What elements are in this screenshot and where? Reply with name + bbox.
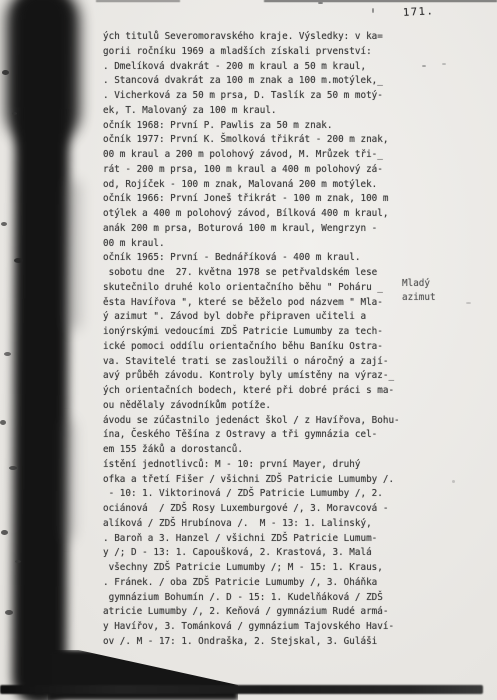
text-line: em 155 žáků a dorostanců. (103, 443, 443, 458)
text-line: . Vicherková za 50 m prsa, D. Taslík za … (103, 89, 443, 104)
text-line: od, Rojíček - 100 m znak, Malovaná 200 m… (103, 178, 443, 193)
scan-speck (12, 112, 17, 115)
text-line: 00 m kraul. (103, 237, 443, 252)
margin-note-line: azimut (402, 291, 436, 305)
text-line: anák 200 m prsa, Boturová 100 m kraul, W… (103, 222, 443, 237)
text-line: ociánová / ZDŠ Rosy Luxemburgové /, 3. M… (103, 502, 443, 517)
text-line: ých titulů Severomoravského kraje. Výsle… (103, 30, 443, 45)
scan-speck (9, 466, 17, 470)
scan-speck (14, 258, 23, 263)
scan-speck (422, 65, 426, 67)
text-line: ionýrskými vedoucími ZDŠ Patricie Lumumb… (103, 325, 443, 340)
scan-speck (5, 610, 13, 615)
text-line: . Stancová dvakrát za 100 m znak a 100 m… (103, 74, 443, 89)
text-line: ou nědělaly závodníkům potíže. (103, 399, 443, 414)
text-line: . Baroň a 3. Hanzel / všichni ZDŠ Patric… (103, 532, 443, 547)
text-line: va. Stavitelé trati se zasloužili o náro… (103, 355, 443, 370)
text-line: y Havířov, 3. Tománková / gymnázium Tajo… (103, 620, 443, 635)
text-line: skutečnilo druhé kolo orientačního běhu … (103, 281, 443, 296)
binding-shadow (62, 420, 74, 540)
scan-speck (466, 302, 471, 304)
text-line: očník 1968: První P. Pawlis za 50 m znak… (103, 119, 443, 134)
text-line: ávodu se zúčastnilo jedenáct škol / z Ha… (103, 414, 443, 429)
text-line: ek, T. Malovaný za 100 m kraul. (103, 104, 443, 119)
scan-speck (2, 70, 9, 75)
text-line: y /; D - 13: 1. Capoušková, 2. Krastová,… (103, 546, 443, 561)
scan-bottom-bar (0, 685, 483, 694)
scan-speck (1, 222, 7, 226)
text-line: . Fránek. / oba ZDŠ Patricie Lumumby /, … (103, 576, 443, 591)
text-line: sobotu dne 27. května 1978 se petřvaldsk… (103, 266, 443, 281)
margin-note: Mladý azimut (402, 277, 436, 306)
text-line: očník 1965: První - Bednáříková - 400 m … (103, 251, 443, 266)
scanned-document-page: 171. ých titulů Severomoravského kraje. … (0, 0, 497, 700)
scan-speck (1, 530, 8, 535)
binding-shadow (12, 0, 70, 700)
scan-top-border (264, 0, 497, 2)
text-line: gorii ročníku 1969 a mladších získali pr… (103, 45, 443, 60)
text-line: ěsta Havířova ", které se běželo pod náz… (103, 296, 443, 311)
document-text: ých titulů Severomoravského kraje. Výsle… (103, 30, 443, 650)
text-line: ý azimut ". Závod byl dobře připraven uč… (103, 310, 443, 325)
page-number: 171. (403, 5, 435, 19)
text-line: atricie Lumumby /, 2. Keňová / gymnázium… (103, 605, 443, 620)
text-line: očník 1966: První Joneš třikrát - 100 m … (103, 192, 443, 207)
text-line: očník 1977: První K. Šmolková třikrát - … (103, 133, 443, 148)
scan-top-border (96, 0, 180, 2)
scan-speck (0, 420, 6, 425)
text-line: rát - 200 m prsa, 100 m kraul a 400 m po… (103, 163, 443, 178)
scan-speck (15, 560, 21, 563)
text-line: otýlek a 400 m polohový závod, Bílková 4… (103, 207, 443, 222)
text-line: - 10: 1. Viktorinová / ZDŠ Patricie Lumu… (103, 487, 443, 502)
text-line: ické pomoci oddílu orientačního běhu Ban… (103, 340, 443, 355)
text-line: všechny ZDŠ Patricie Lumumby /; M - 15: … (103, 561, 443, 576)
text-line: gymnázium Bohumín /. D - 15: 1. Kudelňák… (103, 591, 443, 606)
scan-speck (318, 2, 323, 4)
text-line: avý průběh závodu. Kontroly byly umístěn… (103, 369, 443, 384)
binding-shadow (66, 180, 80, 330)
text-line: ov /. M - 17: 1. Ondraška, 2. Stejskal, … (103, 635, 443, 650)
scan-speck (372, 8, 374, 13)
text-line: 00 m kraul a 200 m polohový závod, M. Mr… (103, 148, 443, 163)
text-line: alíková / ZDŠ Hrubínova /. M - 13: 1. La… (103, 517, 443, 532)
scan-speck (442, 63, 446, 65)
text-line: . Dmelíková dvakrát - 200 m kraul a 50 m… (103, 60, 443, 75)
text-line: ých orientačních bodech, které při dobré… (103, 384, 443, 399)
text-line: ofka a třetí Fišer / všichni ZDŠ Patrici… (103, 473, 443, 488)
scan-speck (452, 480, 455, 483)
margin-note-line: Mladý (402, 277, 436, 291)
scan-speck (4, 352, 11, 356)
text-line: ína, Českého Těšína z Ostravy a tři gymn… (103, 428, 443, 443)
text-line: ístění jednotlivců: M - 10: první Mayer,… (103, 458, 443, 473)
